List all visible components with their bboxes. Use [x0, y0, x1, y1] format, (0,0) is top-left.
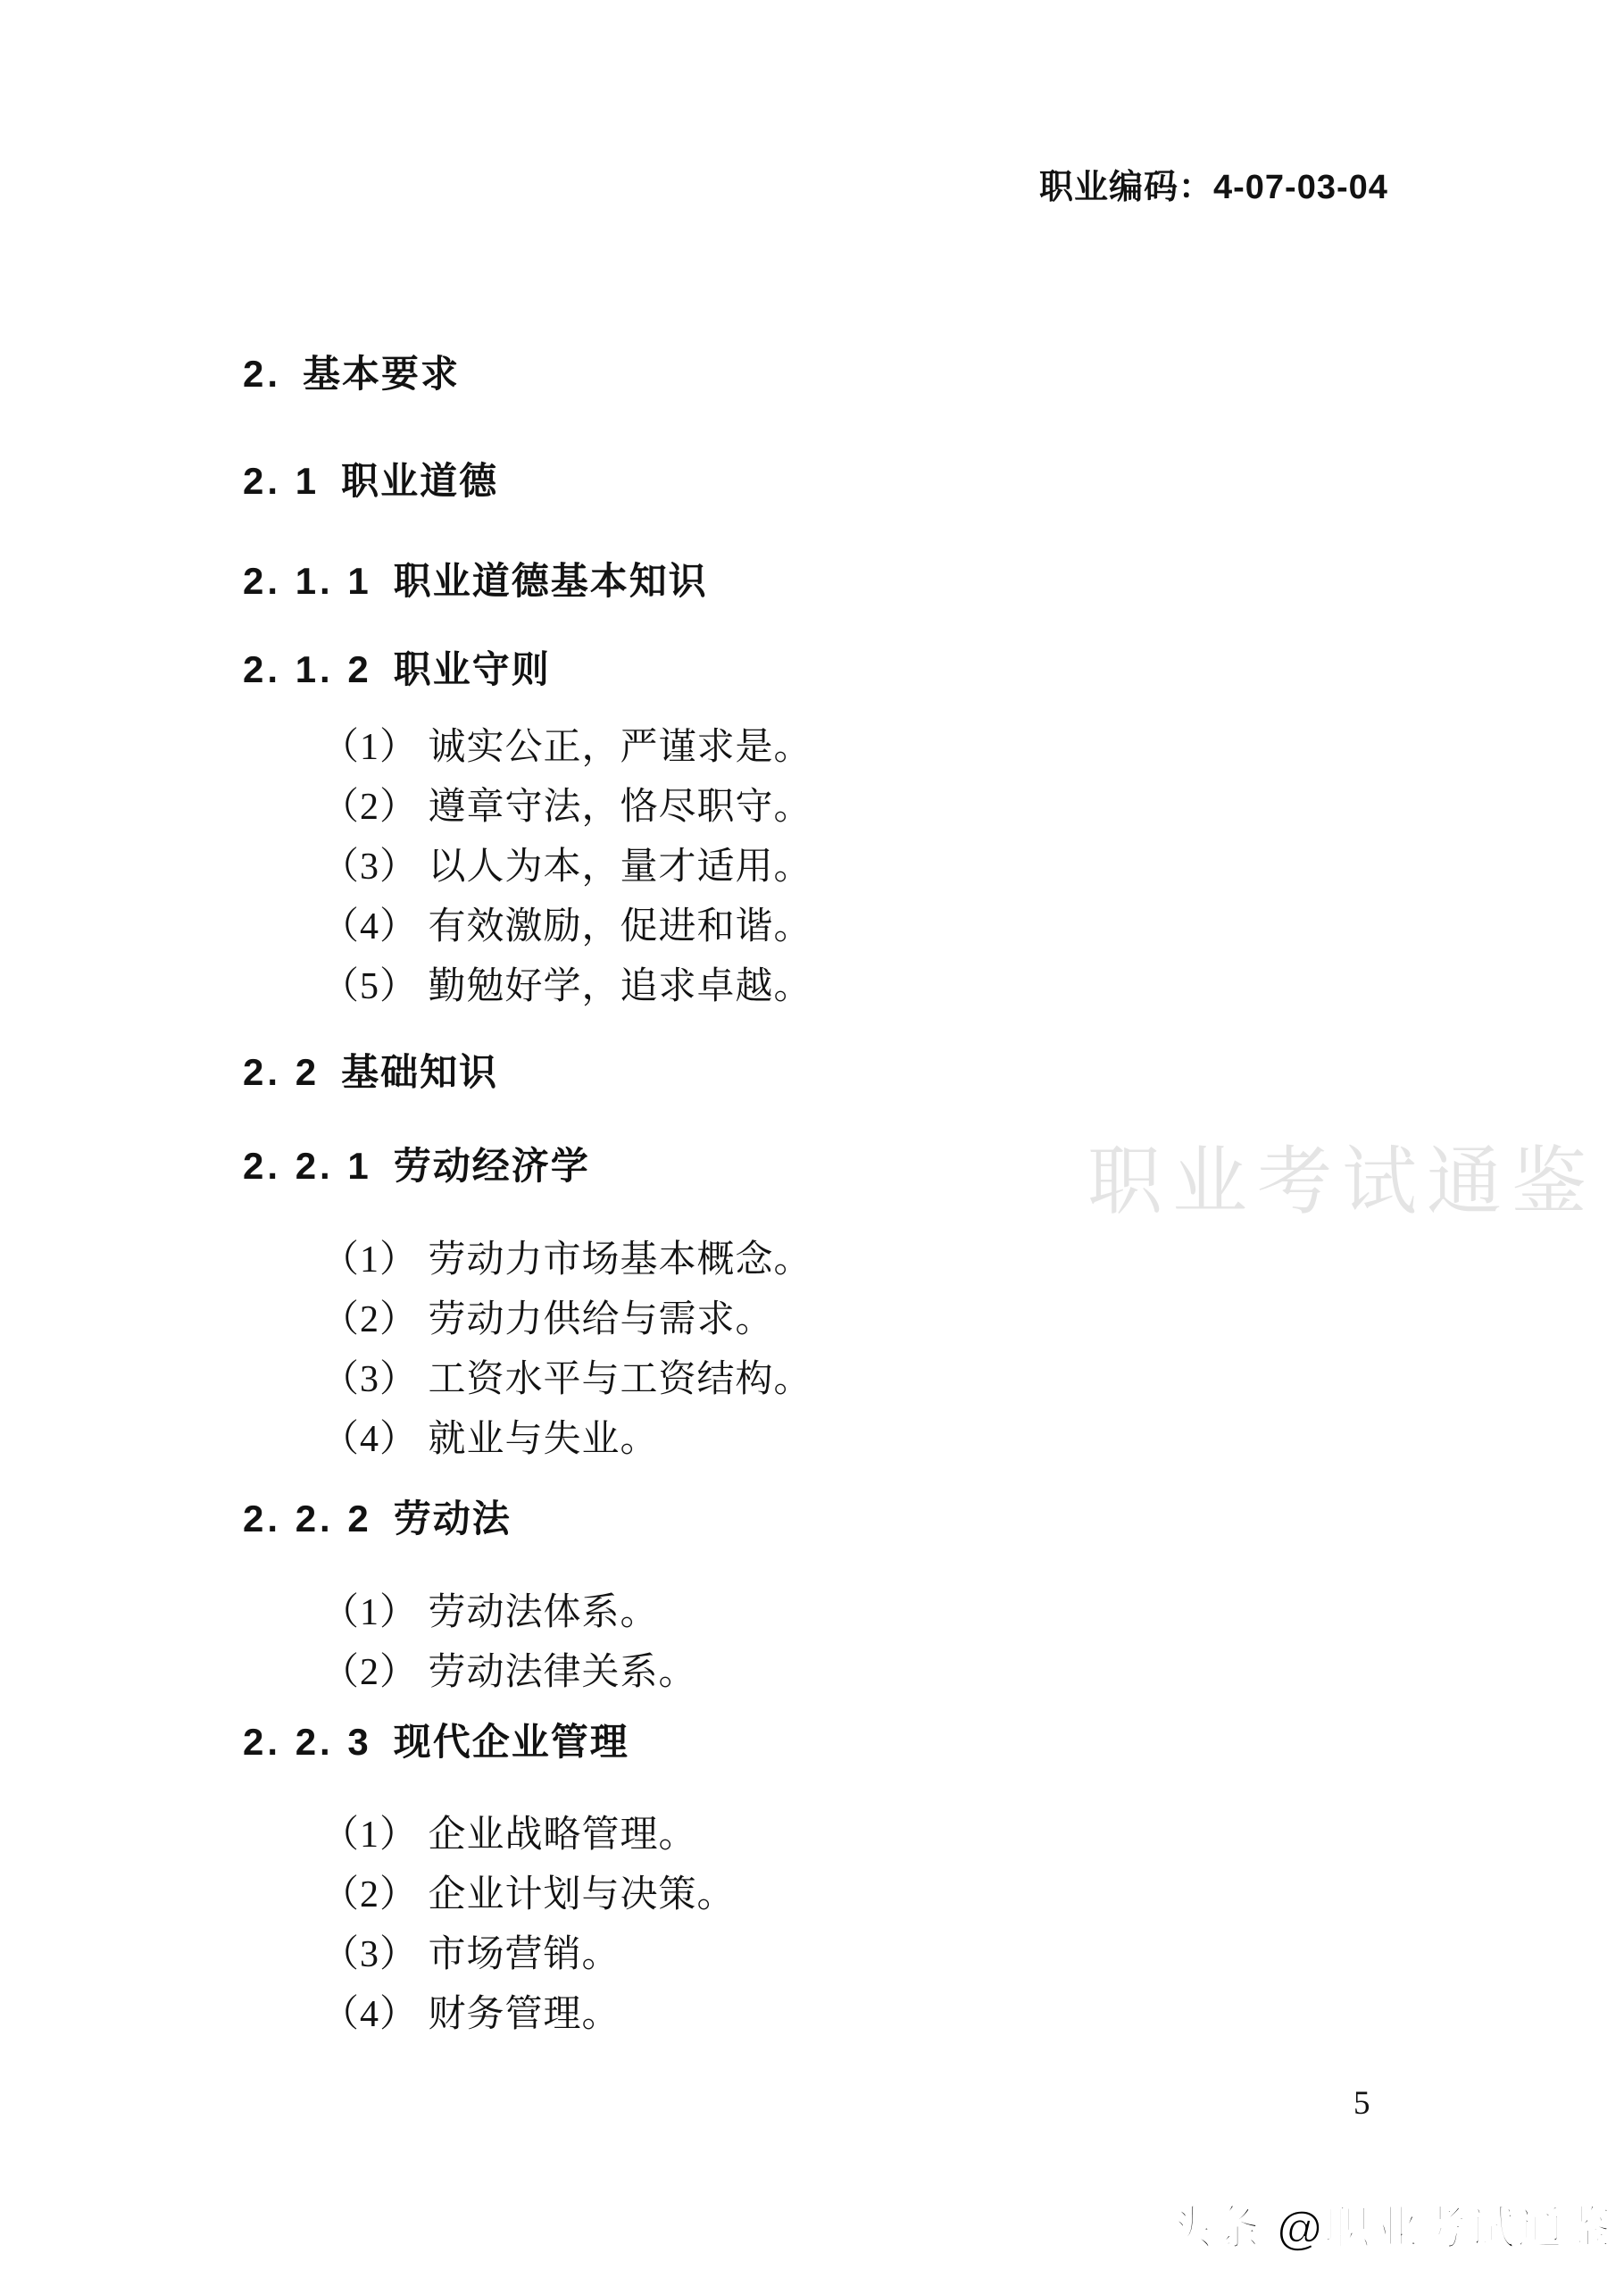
professional-rules-list: （1） 诚实公正，严谨求是。 （2） 遵章守法，恪尽职守。 （3） 以人为本，量…: [321, 718, 812, 1017]
list-item: （4） 财务管理。: [321, 1985, 736, 2045]
heading-221-labor-economics: 2. 2. 1劳动经济学: [243, 1144, 590, 1189]
heading-number: 2. 1. 1: [243, 559, 372, 604]
heading-number: 2. 2. 2: [243, 1497, 372, 1541]
list-item: （2） 企业计划与决策。: [321, 1865, 736, 1925]
list-item: （1） 劳动法体系。: [321, 1583, 697, 1643]
list-item: （1） 诚实公正，严谨求是。: [321, 718, 812, 778]
list-item: （2） 遵章守法，恪尽职守。: [321, 778, 812, 838]
heading-title: 基础知识: [341, 1051, 498, 1093]
heading-title: 劳动经济学: [394, 1145, 590, 1187]
labor-law-list: （1） 劳动法体系。 （2） 劳动法律关系。: [321, 1583, 697, 1703]
list-item: （1） 企业战略管理。: [321, 1806, 736, 1865]
list-item: （4） 就业与失业。: [321, 1410, 812, 1470]
list-item: （2） 劳动法律关系。: [321, 1643, 697, 1703]
brand-watermark: 头条 @职业考试通鉴: [1166, 2190, 1613, 2257]
heading-number: 2. 2. 1: [243, 1144, 372, 1189]
list-item: （3） 工资水平与工资结构。: [321, 1350, 812, 1410]
heading-number: 2. 2: [243, 1050, 320, 1095]
watermark-text: 职业考试通鉴: [1087, 1122, 1596, 1230]
heading-number: 2. 1. 2: [243, 647, 372, 692]
occupation-code-header: 职业编码：4-07-03-04: [1039, 159, 1388, 208]
heading-211-ethics-basic-knowledge: 2. 1. 1职业道德基本知识: [243, 559, 708, 604]
list-item: （2） 劳动力供给与需求。: [321, 1290, 812, 1350]
heading-number: 2. 2. 3: [243, 1720, 372, 1765]
list-item: （3） 市场营销。: [321, 1925, 736, 1985]
list-item: （5） 勤勉好学，追求卓越。: [321, 957, 812, 1017]
heading-title: 职业道德基本知识: [394, 560, 708, 602]
heading-21-professional-ethics: 2. 1职业道德: [243, 459, 498, 504]
heading-number: 2. 1: [243, 459, 320, 504]
heading-title: 职业守则: [394, 648, 551, 690]
list-item: （1） 劳动力市场基本概念。: [321, 1231, 812, 1290]
heading-number: 2.: [243, 352, 281, 396]
heading-title: 基本要求: [303, 353, 460, 395]
heading-title: 职业道德: [341, 460, 498, 502]
document-page: 职业编码：4-07-03-04 职业考试通鉴 2.基本要求 2. 1职业道德 2…: [0, 0, 1624, 2278]
heading-212-professional-rules: 2. 1. 2职业守则: [243, 647, 551, 692]
labor-economics-list: （1） 劳动力市场基本概念。 （2） 劳动力供给与需求。 （3） 工资水平与工资…: [321, 1231, 812, 1470]
heading-223-modern-enterprise-management: 2. 2. 3现代企业管理: [243, 1720, 629, 1765]
heading-222-labor-law: 2. 2. 2劳动法: [243, 1497, 512, 1541]
page-number: 5: [1353, 2084, 1370, 2123]
heading-title: 劳动法: [394, 1498, 512, 1540]
list-item: （4） 有效激励，促进和谐。: [321, 897, 812, 957]
heading-2-basic-requirements: 2.基本要求: [243, 352, 460, 396]
enterprise-management-list: （1） 企业战略管理。 （2） 企业计划与决策。 （3） 市场营销。 （4） 财…: [321, 1806, 736, 2045]
heading-22-basic-knowledge: 2. 2基础知识: [243, 1050, 498, 1095]
heading-title: 现代企业管理: [394, 1721, 629, 1763]
list-item: （3） 以人为本，量才适用。: [321, 838, 812, 897]
